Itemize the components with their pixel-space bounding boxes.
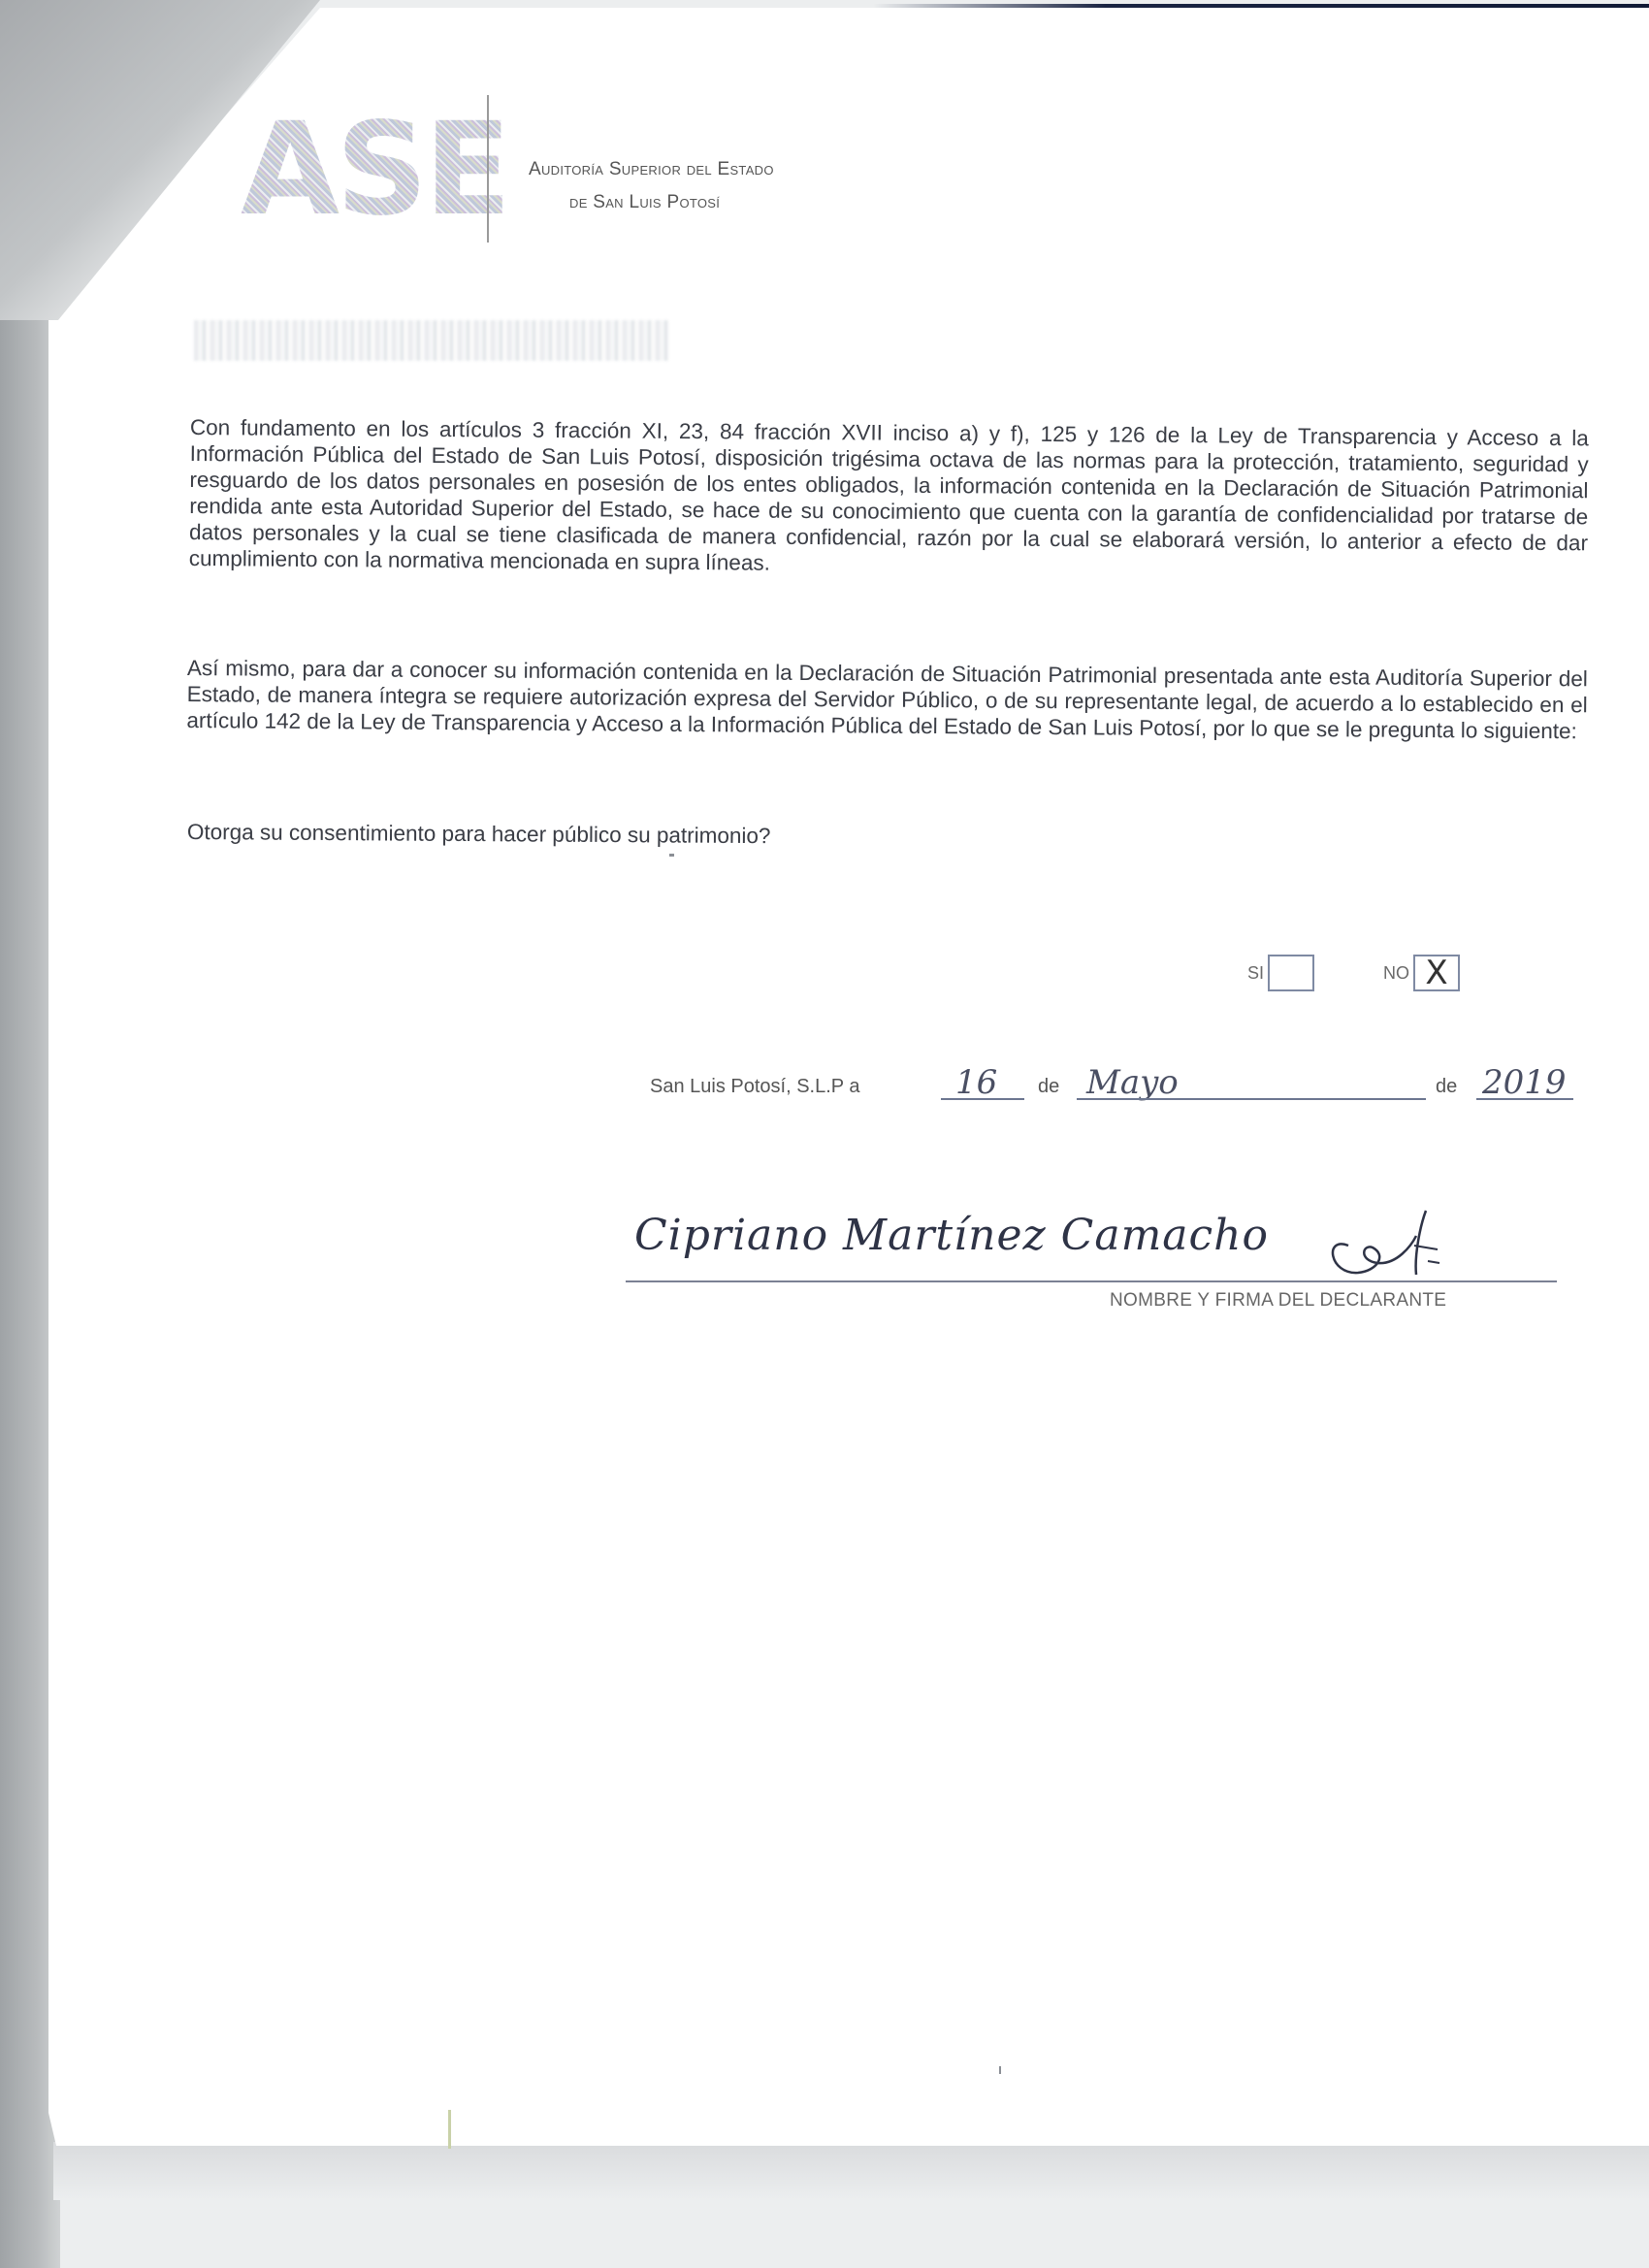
signature-line bbox=[626, 1280, 1557, 1282]
page-top-edge bbox=[873, 4, 1649, 8]
date-year[interactable]: 2019 bbox=[1482, 1063, 1567, 1102]
date-month[interactable]: Mayo bbox=[1086, 1063, 1179, 1102]
organization-name: Auditoría Superior del Estado de San Lui… bbox=[529, 153, 839, 219]
day-underline bbox=[941, 1098, 1024, 1100]
scanner-bottom-area bbox=[53, 2142, 1649, 2200]
consent-question: Otorga su consentimiento para hacer públ… bbox=[187, 820, 963, 851]
logo-divider bbox=[487, 95, 489, 243]
year-underline bbox=[1476, 1098, 1573, 1100]
scan-speck bbox=[999, 2066, 1001, 2074]
org-name-line2: de San Luis Potosí bbox=[529, 186, 839, 219]
signature-flourish-icon bbox=[1319, 1207, 1455, 1284]
consent-yes-checkbox[interactable] bbox=[1268, 955, 1314, 991]
redacted-text bbox=[194, 320, 669, 361]
consent-yes-label: SI bbox=[1247, 963, 1264, 984]
org-name-line1: Auditoría Superior del Estado bbox=[529, 153, 839, 186]
scan-speck bbox=[669, 854, 674, 857]
date-line: San Luis Potosí, S.L.P a 16 de Mayo de 2… bbox=[650, 1057, 1581, 1106]
date-place-prefix: San Luis Potosí, S.L.P a bbox=[650, 1076, 859, 1098]
consent-yes-option[interactable]: SI bbox=[1247, 955, 1314, 991]
consent-no-checkbox[interactable]: X bbox=[1413, 955, 1460, 991]
date-de-1: de bbox=[1038, 1076, 1059, 1098]
legal-paragraph-2: Así mismo, para dar a conocer su informa… bbox=[186, 656, 1588, 745]
scan-speck bbox=[448, 2110, 451, 2149]
handwritten-name: Cipriano Martínez Camacho bbox=[634, 1211, 1269, 1260]
signature-caption: NOMBRE Y FIRMA DEL DECLARANTE bbox=[1110, 1290, 1446, 1312]
date-day[interactable]: 16 bbox=[955, 1063, 997, 1102]
date-de-2: de bbox=[1436, 1076, 1457, 1098]
ase-logo: ASE bbox=[241, 109, 507, 231]
month-underline bbox=[1077, 1098, 1426, 1100]
consent-no-label: NO bbox=[1383, 963, 1409, 984]
signature-area: Cipriano Martínez Camacho bbox=[630, 1207, 1562, 1284]
legal-paragraph-1: Con fundamento en los artículos 3 fracci… bbox=[189, 415, 1589, 583]
consent-no-option[interactable]: NO X bbox=[1383, 955, 1460, 991]
